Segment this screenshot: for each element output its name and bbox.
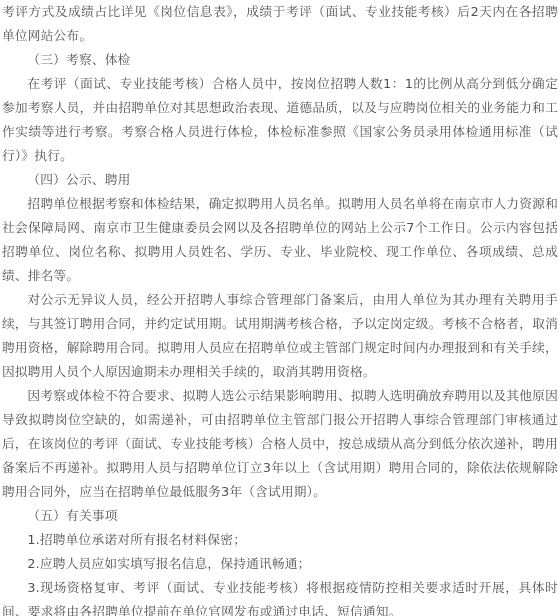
paragraph: 3.现场资格复审、考评（面试、专业技能考核）将根据疫情防控相关要求适时开展，具体… <box>2 576 558 616</box>
paragraph: 考评方式及成绩占比详见《岗位信息表》，成绩于考评（面试、专业技能考核）后2天内在… <box>2 0 558 48</box>
paragraph: 对公示无异议人员，经公开招聘人事综合管理部门备案后，由用人单位为其办理有关聘用手… <box>2 288 558 384</box>
section-heading: （四）公示、聘用 <box>2 168 558 192</box>
section-heading: （三）考察、体检 <box>2 48 558 72</box>
section-heading: （五）有关事项 <box>2 504 558 528</box>
paragraph: 招聘单位根据考察和体检结果，确定拟聘用人员名单。拟聘用人员名单将在南京市人力资源… <box>2 192 558 288</box>
paragraph: 1.招聘单位承诺对所有报名材料保密； <box>2 528 558 552</box>
paragraph: 在考评（面试、专业技能考核）合格人员中，按岗位招聘人数1：1的比例从高分到低分确… <box>2 72 558 168</box>
paragraph: 2.应聘人员应如实填写报名信息，保持通讯畅通； <box>2 552 558 576</box>
paragraph: 因考察或体检不符合要求、拟聘人选公示结果影响聘用、拟聘人选明确放弃聘用以及其他原… <box>2 384 558 504</box>
document-body: 考评方式及成绩占比详见《岗位信息表》，成绩于考评（面试、专业技能考核）后2天内在… <box>0 0 560 616</box>
